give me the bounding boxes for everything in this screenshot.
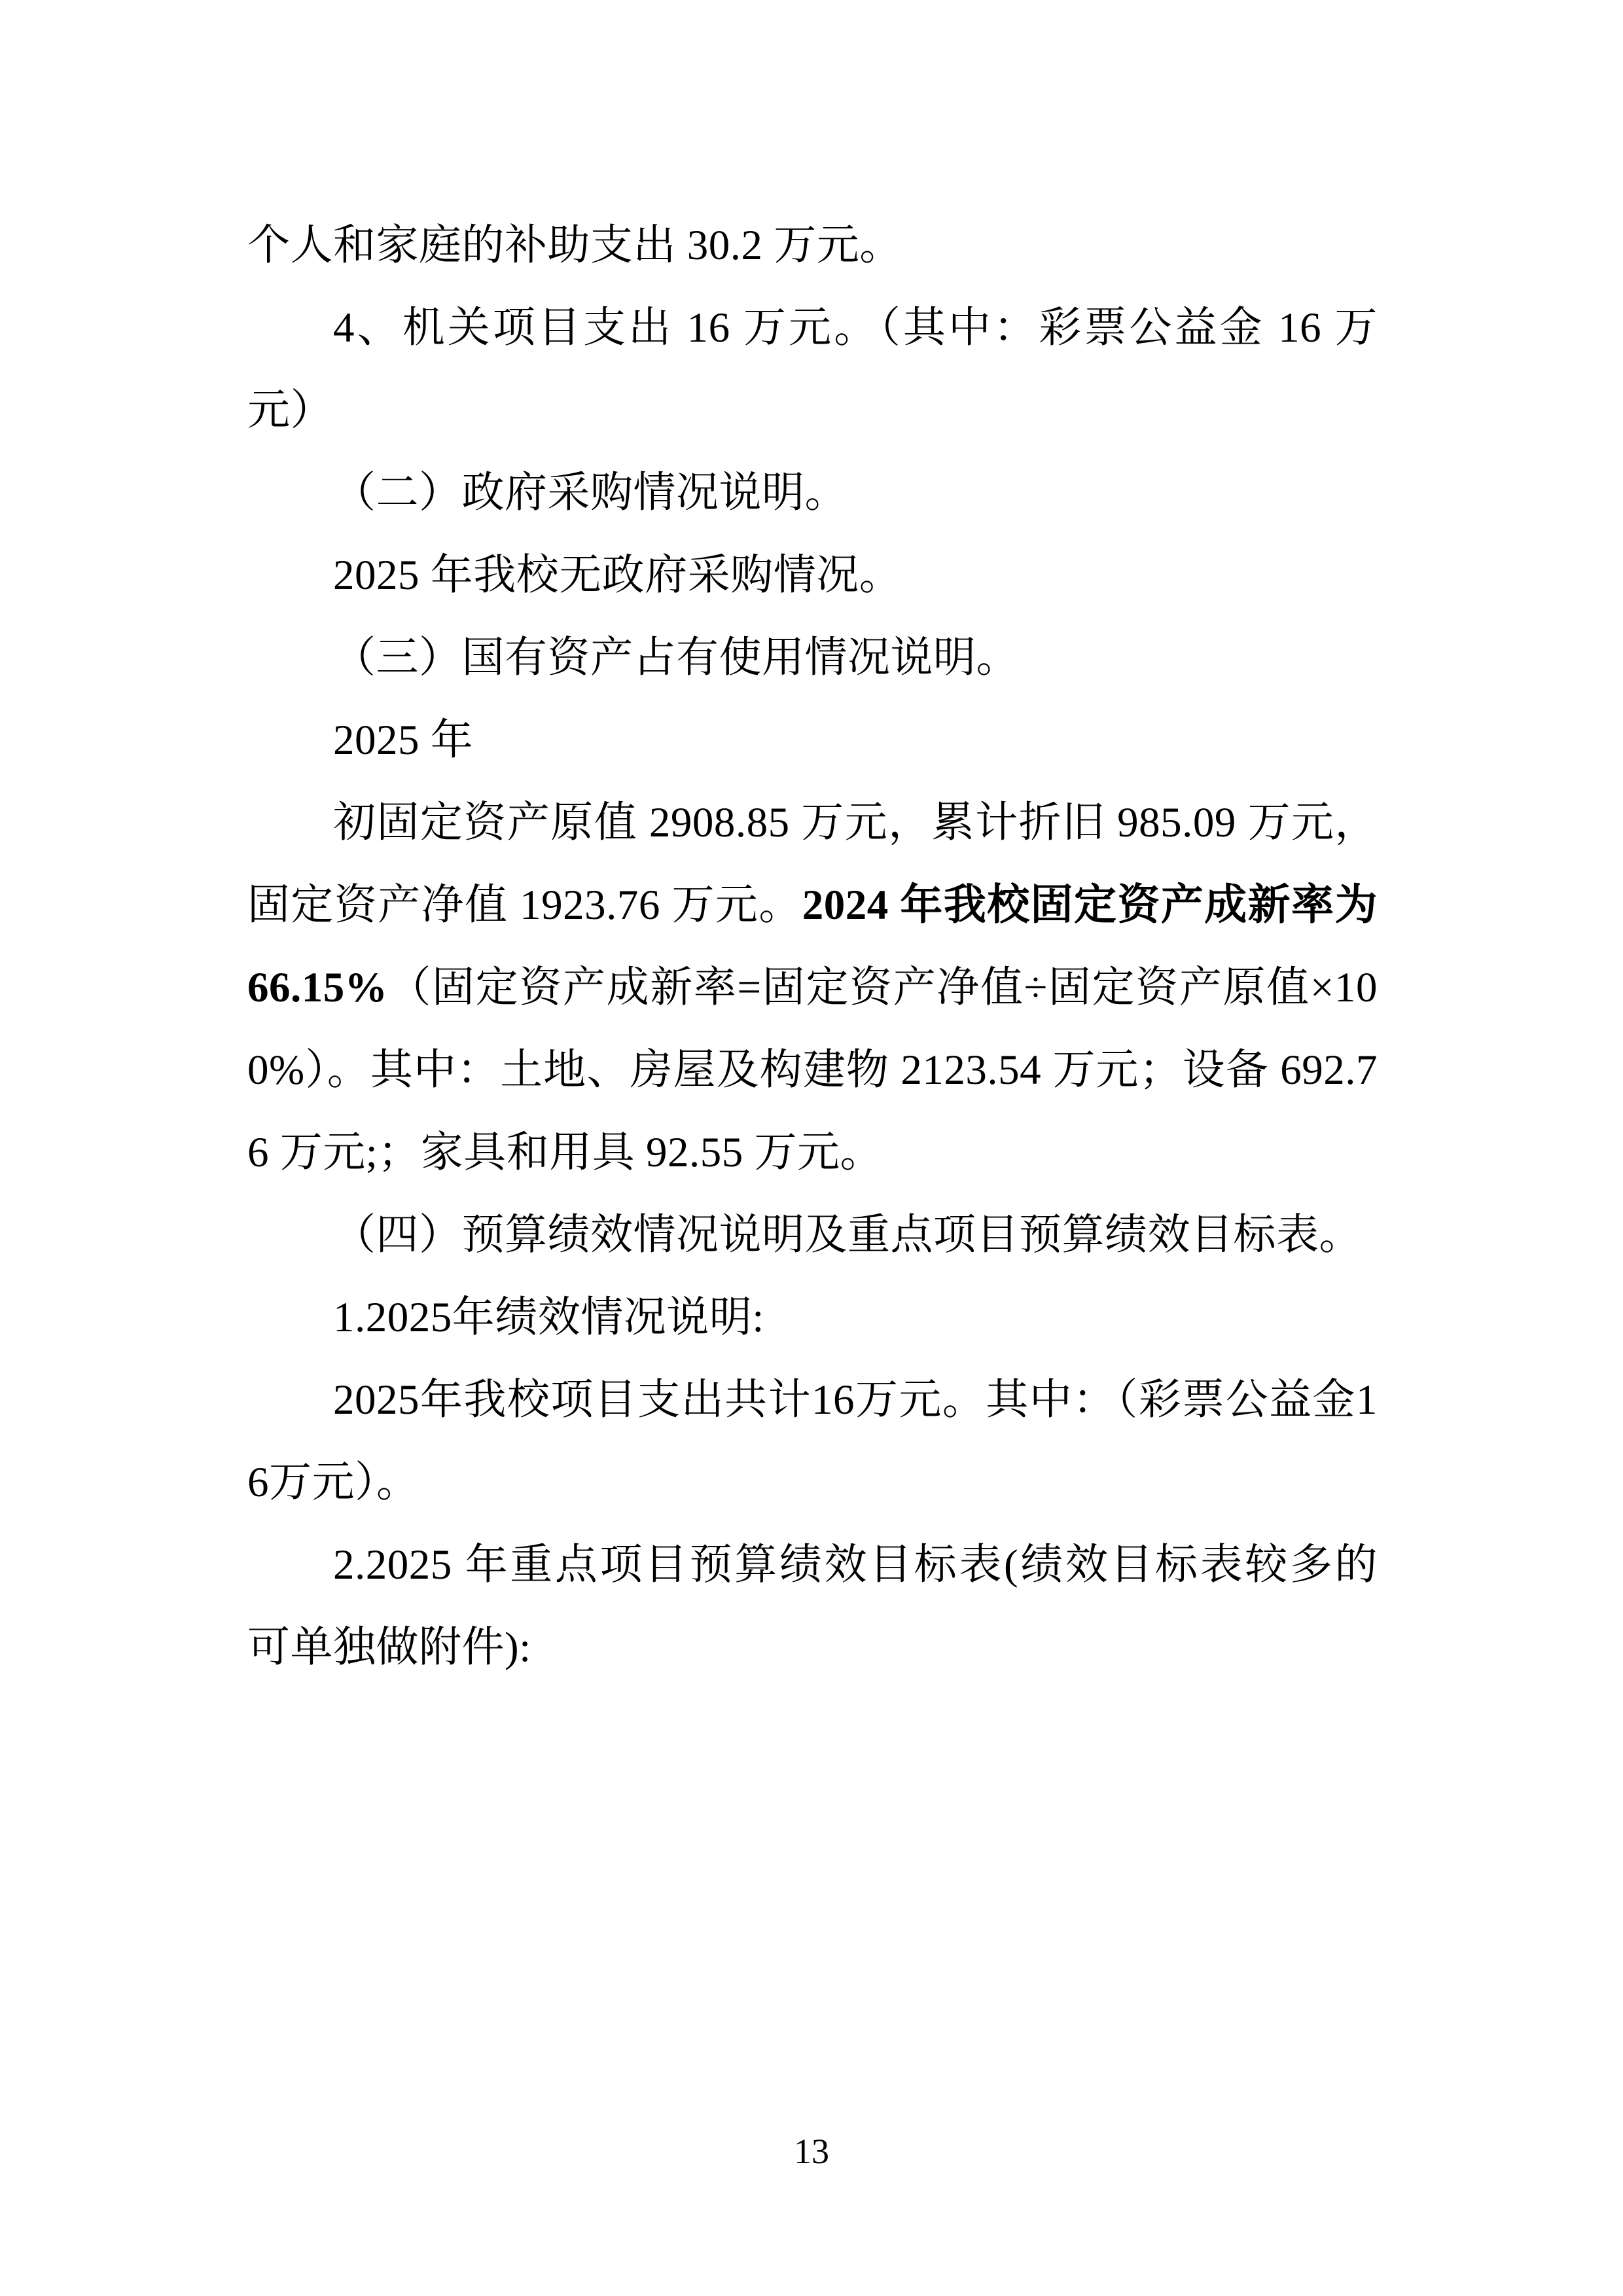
- text-run: （四）预算绩效情况说明及重点项目预算绩效目标表。: [333, 1211, 1362, 1259]
- paragraph-heading-gov-procurement: （二）政府采购情况说明。: [247, 452, 1378, 534]
- text-run: 2.2025 年重点项目预算绩效目标表(绩效目标表较多的可单独做附件):: [247, 1541, 1378, 1671]
- page-number: 13: [0, 2131, 1623, 2172]
- text-run: 4、机关项目支出 16 万元。（其中：彩票公益金 16 万元）: [247, 304, 1378, 434]
- paragraph-personal-family-subsidy: 个人和家庭的补助支出 30.2 万元。: [247, 204, 1378, 287]
- paragraph-item4-agency-project-expenditure: 4、机关项目支出 16 万元。（其中：彩票公益金 16 万元）: [247, 287, 1378, 452]
- text-run: 2025年我校项目支出共计16万元。其中：（彩票公益金16万元）。: [247, 1376, 1378, 1506]
- text-run: （二）政府采购情况说明。: [333, 469, 847, 516]
- paragraph-heading-state-assets: （三）国有资产占有使用情况说明。: [247, 617, 1378, 699]
- text-run: 2025 年: [333, 717, 473, 764]
- document-body: 个人和家庭的补助支出 30.2 万元。 4、机关项目支出 16 万元。（其中：彩…: [247, 204, 1378, 1689]
- paragraph-year-2025: 2025 年: [247, 699, 1378, 781]
- document-page: 个人和家庭的补助支出 30.2 万元。 4、机关项目支出 16 万元。（其中：彩…: [0, 0, 1623, 2296]
- text-run: 2025 年我校无政府采购情况。: [333, 552, 902, 599]
- text-run: 个人和家庭的补助支出 30.2 万元。: [247, 222, 902, 269]
- text-run: 1.2025年绩效情况说明:: [333, 1294, 764, 1341]
- paragraph-key-project-target-table: 2.2025 年重点项目预算绩效目标表(绩效目标表较多的可单独做附件):: [247, 1524, 1378, 1689]
- text-run: （三）国有资产占有使用情况说明。: [333, 634, 1019, 681]
- paragraph-project-expenditure-total: 2025年我校项目支出共计16万元。其中：（彩票公益金16万元）。: [247, 1359, 1378, 1524]
- paragraph-no-gov-procurement: 2025 年我校无政府采购情况。: [247, 534, 1378, 617]
- text-run: （固定资产成新率=固定资产净值÷固定资产原值×100%）。其中：土地、房屋及构建…: [247, 964, 1378, 1176]
- paragraph-performance-note-title: 1.2025年绩效情况说明:: [247, 1276, 1378, 1359]
- paragraph-fixed-assets-detail: 初固定资产原值 2908.85 万元，累计折旧 985.09 万元，固定资产净值…: [247, 781, 1378, 1194]
- paragraph-heading-budget-performance: （四）预算绩效情况说明及重点项目预算绩效目标表。: [247, 1194, 1378, 1276]
